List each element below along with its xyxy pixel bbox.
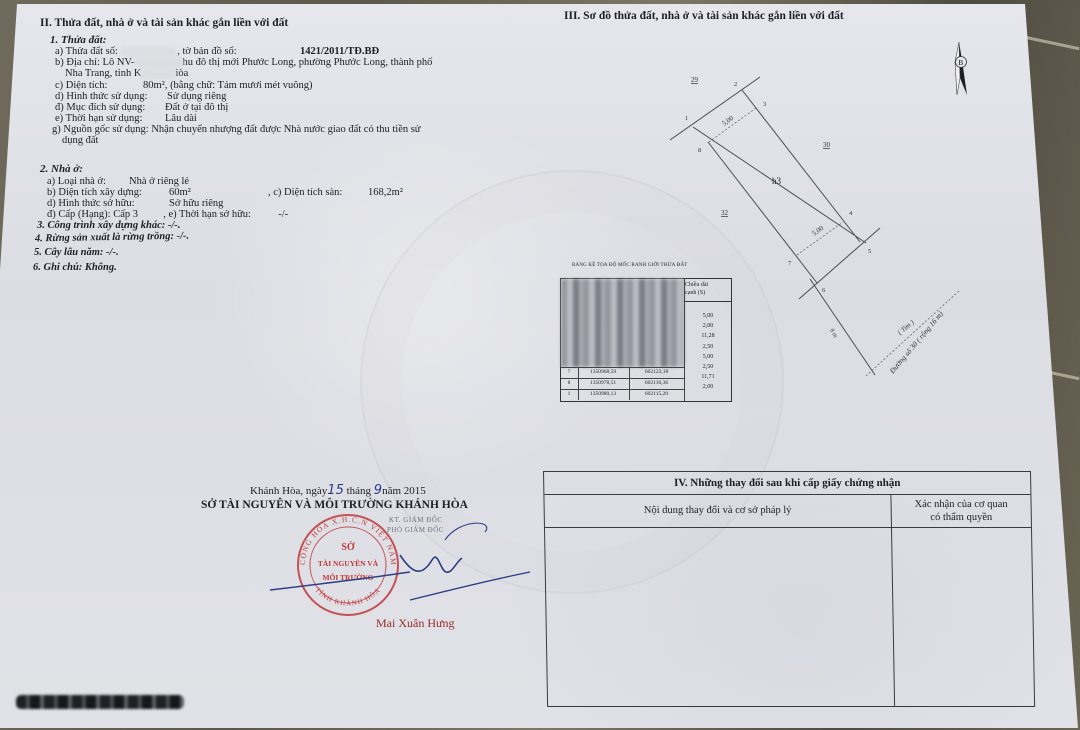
parcel-label: h3: [772, 176, 782, 186]
svg-text:8: 8: [698, 147, 701, 154]
place-date: Khánh Hòa, ngày15 tháng 9năm 2015: [250, 483, 426, 498]
official-stamp: CỘNG HÒA X.H.C.N VIỆT NAM TỈNH KHÁNH HÒA…: [260, 510, 540, 630]
svg-text:SỞ: SỞ: [341, 541, 355, 553]
svg-text:29: 29: [691, 76, 699, 84]
road-center-label: ( Tim ): [896, 318, 916, 337]
signer-name: Mai Xuân Hưng: [376, 616, 455, 631]
distance-header-line: cạnh (S): [685, 289, 729, 297]
serial-number-redacted: [16, 695, 184, 709]
distance-value: 5,00: [685, 313, 731, 319]
setback-label: 8 m: [828, 328, 838, 339]
distance-value: 11,28: [685, 333, 731, 339]
coord-table: Chiều dài cạnh (S) 5,002,0011,282,505,00…: [560, 278, 732, 402]
road-name-label: Đường số 30 ( rộng 16 m): [887, 309, 945, 376]
coord-table-row: 81350978,51602116,36: [561, 378, 684, 389]
parcel-diagram: B 1 2 3 4 5 6 7 8 29 30 32: [0, 0, 1080, 470]
section-iv-title: IV. Những thay đổi sau khi cấp giấy chứn…: [544, 472, 1030, 495]
authority-column-header: Xác nhận của cơ quan có thẩm quyền: [891, 495, 1031, 528]
changes-table: IV. Những thay đổi sau khi cấp giấy chứn…: [543, 471, 1035, 707]
distance-value: 5,00: [685, 354, 731, 360]
svg-text:2: 2: [734, 81, 737, 88]
svg-text:TÀI NGUYÊN VÀ: TÀI NGUYÊN VÀ: [318, 558, 379, 568]
distance-value: 2,00: [685, 323, 731, 329]
coord-table-redacted: [561, 279, 684, 367]
certificate-page: II. Thửa đất, nhà ở và tài sản khác gắn …: [0, 0, 1080, 730]
svg-text:7: 7: [788, 260, 792, 267]
svg-text:3: 3: [763, 101, 766, 108]
rear-width-label: 5,00: [811, 224, 826, 238]
distance-header-line: Chiều dài: [685, 281, 729, 289]
authority-header-line: Xác nhận của cơ quan: [891, 498, 1030, 511]
day-handwritten: 15: [327, 483, 344, 498]
svg-text:4: 4: [849, 210, 853, 217]
svg-text:5: 5: [868, 248, 871, 255]
place-date-prefix: Khánh Hòa, ngày: [250, 485, 327, 497]
changes-column-header: Nội dung thay đổi và cơ sở pháp lý: [544, 495, 891, 528]
north-arrow-icon: B: [955, 42, 967, 95]
distance-header: Chiều dài cạnh (S): [685, 281, 729, 297]
coord-table-title: BẢNG KÊ TỌA ĐỘ MỐC RANH GIỚI THỬA ĐẤT: [572, 263, 688, 268]
coord-table-row: 71350968,59602123,18: [561, 367, 684, 378]
point-labels: 1 2 3 4 5 6 7 8: [685, 81, 871, 294]
svg-text:6: 6: [822, 287, 826, 294]
authority-header-line: có thẩm quyền: [892, 511, 1031, 524]
coord-table-row: 11350980,13602115,20: [561, 389, 684, 400]
month-label: tháng: [347, 485, 371, 497]
distance-value: 2,50: [685, 344, 731, 350]
svg-text:32: 32: [721, 209, 729, 217]
distance-value: 2,00: [685, 384, 731, 390]
month-handwritten: 9: [374, 483, 382, 498]
north-label: B: [959, 59, 964, 67]
svg-text:TỈNH KHÁNH HÒA: TỈNH KHÁNH HÒA: [313, 586, 382, 608]
year-label: năm 2015: [382, 485, 426, 497]
front-width-label: 5,00: [721, 114, 736, 128]
distance-value: 2,50: [685, 364, 731, 370]
svg-text:30: 30: [823, 141, 831, 149]
distance-value: 11,71: [685, 374, 731, 380]
svg-text:1: 1: [685, 115, 688, 122]
